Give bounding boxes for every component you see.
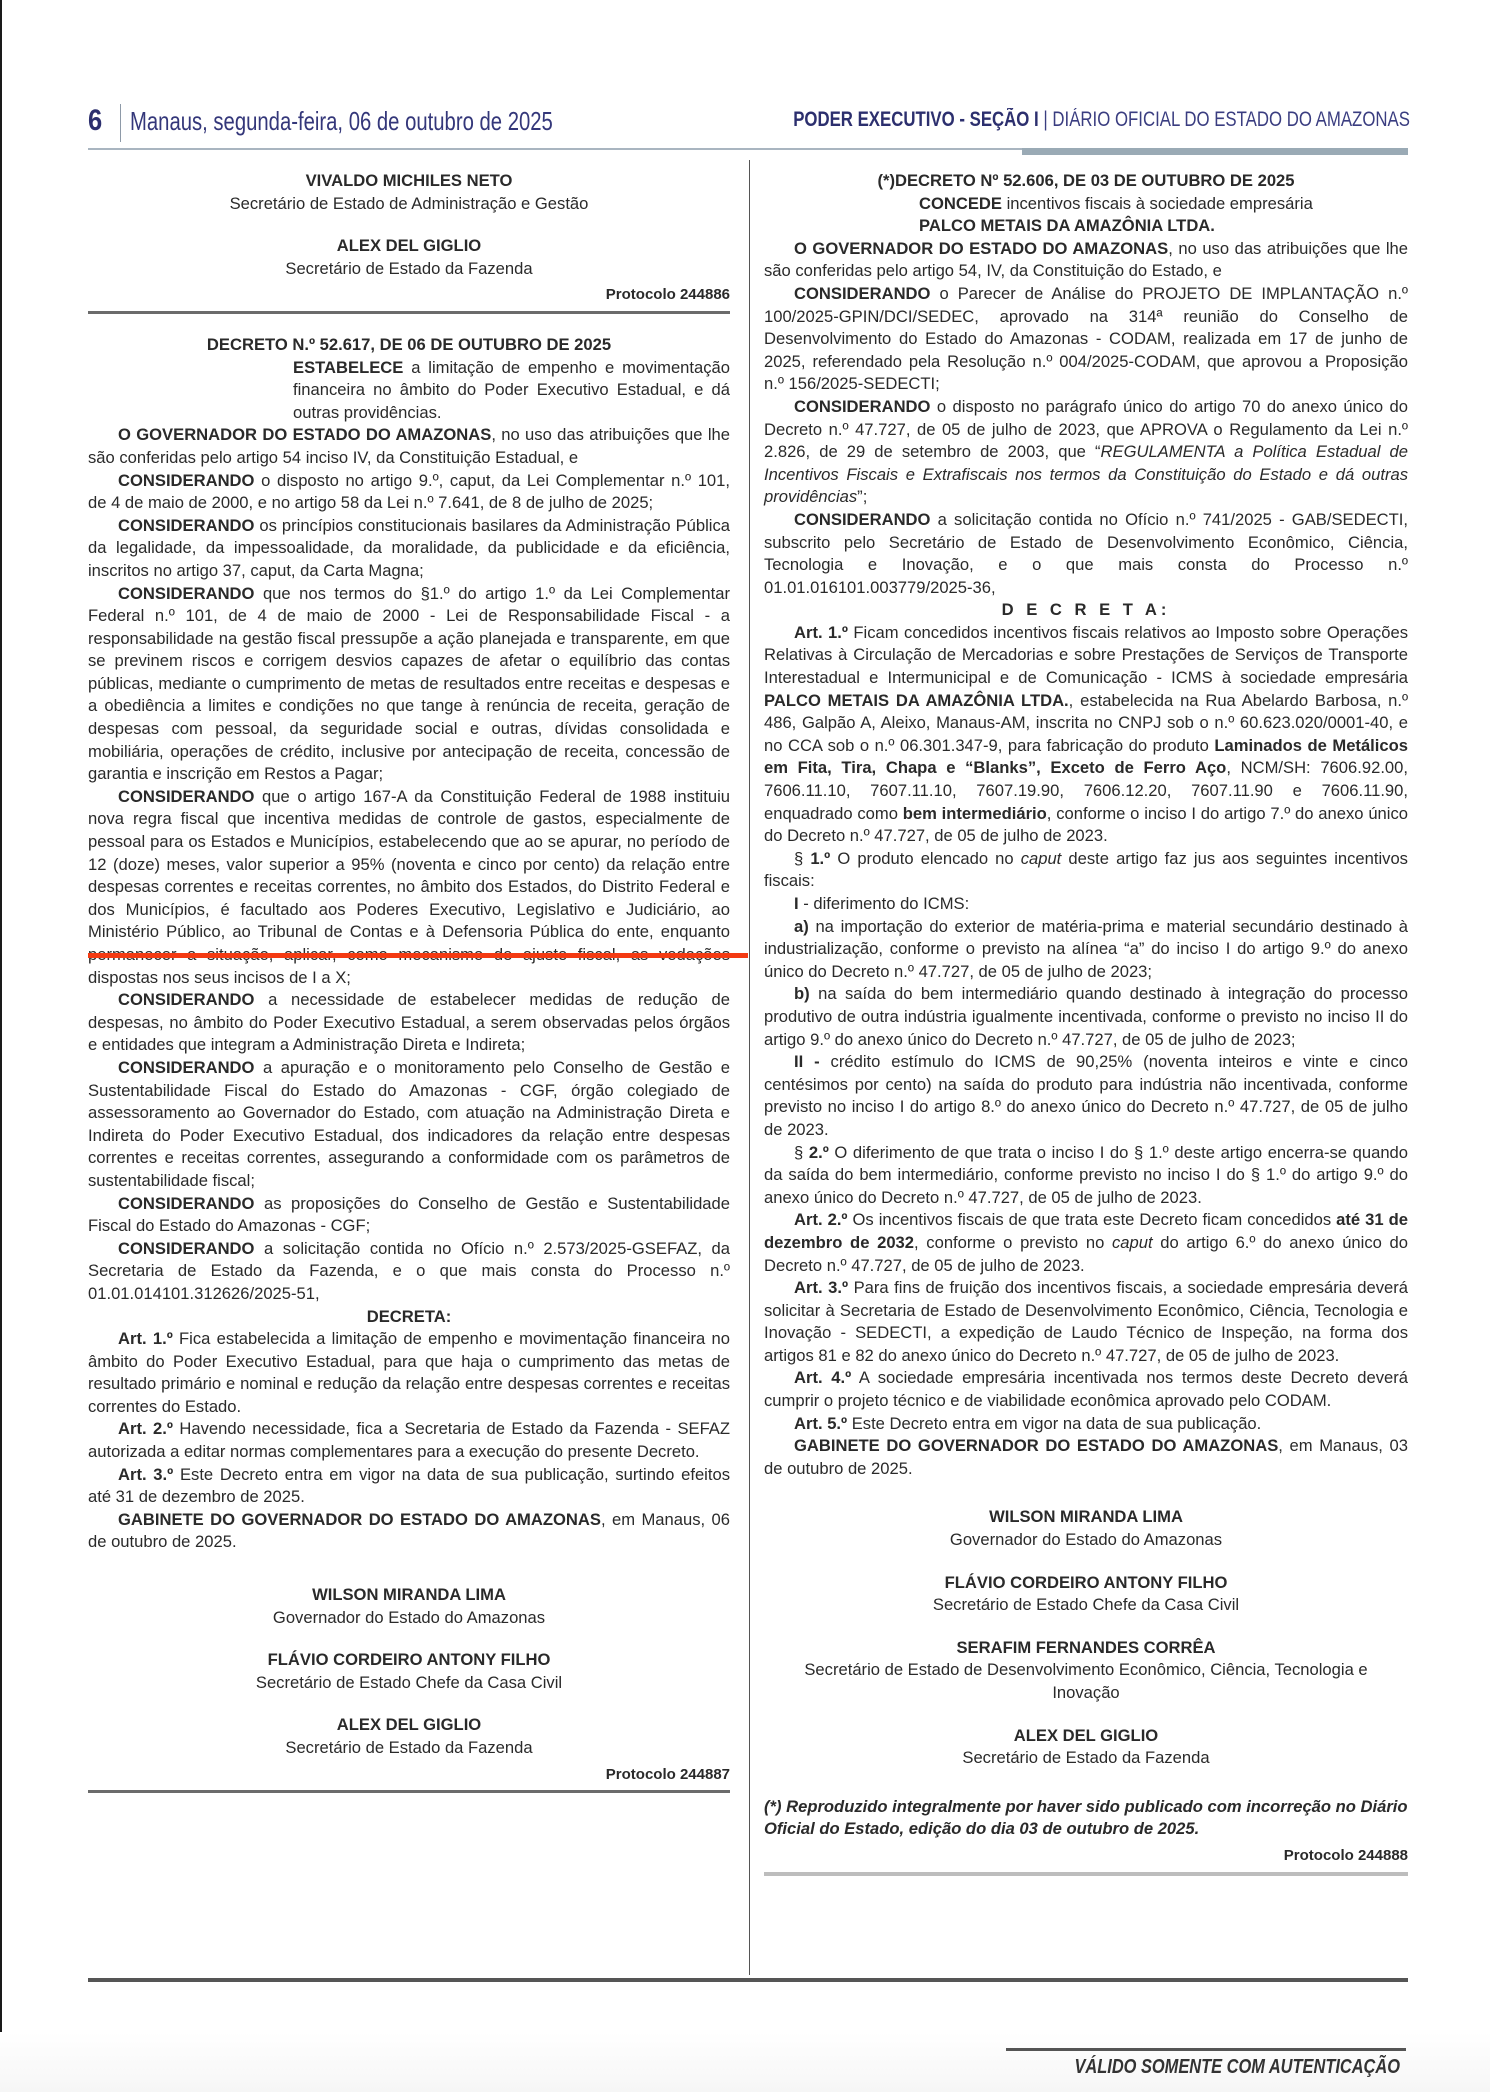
page-header: 6 Manaus, segunda-feira, 06 de outubro d… bbox=[88, 100, 1410, 148]
preamble: O GOVERNADOR DO ESTADO DO AMAZONAS, no u… bbox=[764, 238, 1408, 283]
considerando-label: CONSIDERANDO bbox=[118, 516, 254, 535]
considerando: CONSIDERANDO o disposto no artigo 9.º, c… bbox=[88, 470, 730, 515]
considerando: CONSIDERANDO a apuração e o monitorament… bbox=[88, 1057, 730, 1193]
considerando: CONSIDERANDO que nos termos do §1.º do a… bbox=[88, 583, 730, 786]
signature-block: ALEX DEL GIGLIO Secretário de Estado da … bbox=[764, 1725, 1408, 1770]
closing-bold: GABINETE DO GOVERNADOR DO ESTADO DO AMAZ… bbox=[794, 1436, 1278, 1455]
article-text: Ficam concedidos incentivos fiscais rela… bbox=[764, 623, 1408, 687]
considerando-label: CONSIDERANDO bbox=[118, 1239, 254, 1258]
considerando: CONSIDERANDO o disposto no parágrafo úni… bbox=[764, 396, 1408, 509]
article-label: Art. 3.º bbox=[118, 1465, 173, 1484]
article-text: Este Decreto entra em vigor na data de s… bbox=[847, 1414, 1261, 1433]
signatory-role: Governador do Estado do Amazonas bbox=[88, 1607, 730, 1630]
signature-block: ALEX DEL GIGLIO Secretário de Estado da … bbox=[88, 235, 730, 280]
inciso: I - diferimento do ICMS: bbox=[764, 893, 1408, 916]
header-section: PODER EXECUTIVO - SEÇÃO I bbox=[793, 108, 1039, 131]
considerando-tail: ”; bbox=[857, 487, 867, 506]
considerando: CONSIDERANDO a solicitação contida no Of… bbox=[88, 1238, 730, 1306]
considerando-text: que nos termos do §1.º do artigo 1.º da … bbox=[88, 584, 730, 784]
decreta-heading: DECRETA: bbox=[88, 1306, 730, 1329]
page-number: 6 bbox=[88, 104, 102, 138]
section-rule bbox=[764, 1872, 1408, 1876]
inciso-text: crédito estímulo do ICMS de 90,25% (nove… bbox=[764, 1052, 1408, 1139]
company-name: PALCO METAIS DA AMAZÔNIA LTDA. bbox=[764, 691, 1069, 710]
header-journal: DIÁRIO OFICIAL DO ESTADO DO AMAZONAS bbox=[1052, 108, 1410, 131]
inciso: II - crédito estímulo do ICMS de 90,25% … bbox=[764, 1051, 1408, 1141]
decree-title: (*)DECRETO Nº 52.606, DE 03 DE OUTUBRO D… bbox=[764, 170, 1408, 193]
paragraph-label: 1.º bbox=[810, 849, 830, 868]
closing-bold: GABINETE DO GOVERNADOR DO ESTADO DO AMAZ… bbox=[118, 1510, 601, 1529]
considerando-label: CONSIDERANDO bbox=[794, 397, 930, 416]
article-label: Art. 4.º bbox=[794, 1368, 851, 1387]
article-italic: caput bbox=[1112, 1233, 1153, 1252]
considerando-text: a apuração e o monitoramento pelo Consel… bbox=[88, 1058, 730, 1190]
header-separator bbox=[120, 104, 121, 142]
alinea: b) na saída do bem intermediário quando … bbox=[764, 983, 1408, 1051]
signature-block: WILSON MIRANDA LIMA Governador do Estado… bbox=[764, 1506, 1408, 1551]
considerando-label: CONSIDERANDO bbox=[118, 471, 254, 490]
decree-ementa: CONCEDE incentivos fiscais à sociedade e… bbox=[919, 193, 1408, 238]
considerando: CONSIDERANDO a necessidade de estabelece… bbox=[88, 989, 730, 1057]
signature-block: FLÁVIO CORDEIRO ANTONY FILHO Secretário … bbox=[764, 1572, 1408, 1617]
alinea: a) na importação do exterior de matéria-… bbox=[764, 916, 1408, 984]
section-sign: § bbox=[794, 849, 810, 868]
signatory-role: Secretário de Estado de Desenvolvimento … bbox=[764, 1659, 1408, 1704]
signatory-name: VIVALDO MICHILES NETO bbox=[88, 170, 730, 193]
article-label: Art. 5.º bbox=[794, 1414, 847, 1433]
considerando: CONSIDERANDO as proposições do Conselho … bbox=[88, 1193, 730, 1238]
article: Art. 1.º Ficam concedidos incentivos fis… bbox=[764, 622, 1408, 848]
closing: GABINETE DO GOVERNADOR DO ESTADO DO AMAZ… bbox=[88, 1509, 730, 1554]
signatory-name: FLÁVIO CORDEIRO ANTONY FILHO bbox=[88, 1649, 730, 1672]
signatory-name: SERAFIM FERNANDES CORRÊA bbox=[764, 1637, 1408, 1660]
signatory-name: ALEX DEL GIGLIO bbox=[764, 1725, 1408, 1748]
republication-note: (*) Reproduzido integralmente por haver … bbox=[764, 1796, 1408, 1841]
article: Art. 2.º Os incentivos fiscais de que tr… bbox=[764, 1209, 1408, 1277]
section-rule bbox=[88, 1790, 730, 1793]
decree-title: DECRETO N.º 52.617, DE 06 DE OUTUBRO DE … bbox=[88, 334, 730, 357]
protocol-number: Protocolo 244888 bbox=[764, 1845, 1408, 1868]
article: Art. 3.º Este Decreto entra em vigor na … bbox=[88, 1464, 730, 1509]
footer-rule bbox=[88, 1978, 1408, 1982]
considerando: CONSIDERANDO que o artigo 167-A da Const… bbox=[88, 786, 730, 989]
paragraph-label: 2.º bbox=[809, 1143, 829, 1162]
header-date: Manaus, segunda-feira, 06 de outubro de … bbox=[130, 106, 553, 137]
preamble-bold: O GOVERNADOR DO ESTADO DO AMAZONAS bbox=[794, 239, 1168, 258]
protocol-number: Protocolo 244887 bbox=[88, 1764, 730, 1787]
alinea-label: b) bbox=[794, 984, 810, 1003]
considerando-label: CONSIDERANDO bbox=[118, 990, 254, 1009]
preamble: O GOVERNADOR DO ESTADO DO AMAZONAS, no u… bbox=[88, 424, 730, 469]
paragraph-text: O diferimento de que trata o inciso I do… bbox=[764, 1143, 1408, 1207]
decree-ementa: ESTABELECE a limitação de empenho e movi… bbox=[293, 357, 730, 425]
article-text: , conforme o previsto no bbox=[914, 1233, 1112, 1252]
considerando-label: CONSIDERANDO bbox=[118, 787, 254, 806]
considerando: CONSIDERANDO o Parecer de Análise do PRO… bbox=[764, 283, 1408, 396]
article: Art. 5.º Este Decreto entra em vigor na … bbox=[764, 1413, 1408, 1436]
validity-notice: VÁLIDO SOMENTE COM AUTENTICAÇÃO bbox=[1074, 2056, 1400, 2079]
header-pipe: | bbox=[1043, 108, 1052, 131]
paragraph-text: O produto elencado no bbox=[830, 849, 1020, 868]
inciso-text: - diferimento do ICMS: bbox=[799, 894, 970, 913]
signatory-name: FLÁVIO CORDEIRO ANTONY FILHO bbox=[764, 1572, 1408, 1595]
signature-block: ALEX DEL GIGLIO Secretário de Estado da … bbox=[88, 1714, 730, 1759]
signatory-role: Secretário de Estado de Administração e … bbox=[88, 193, 730, 216]
alinea-text: na saída do bem intermediário quando des… bbox=[764, 984, 1408, 1048]
alinea-label: a) bbox=[794, 917, 809, 936]
article-text: Para fins de fruição dos incentivos fisc… bbox=[764, 1278, 1408, 1365]
left-column: VIVALDO MICHILES NETO Secretário de Esta… bbox=[88, 170, 730, 1793]
article-text: Fica estabelecida a limitação de empenho… bbox=[88, 1329, 730, 1416]
signatory-role: Secretário de Estado da Fazenda bbox=[764, 1747, 1408, 1770]
article-text: A sociedade empresária incentivada nos t… bbox=[764, 1368, 1408, 1410]
article: Art. 1.º Fica estabelecida a limitação d… bbox=[88, 1328, 730, 1418]
ementa-company: PALCO METAIS DA AMAZÔNIA LTDA. bbox=[919, 216, 1215, 235]
signatory-role: Secretário de Estado da Fazenda bbox=[88, 1737, 730, 1760]
signatory-name: ALEX DEL GIGLIO bbox=[88, 235, 730, 258]
ementa-text: incentivos fiscais à sociedade empresári… bbox=[1002, 194, 1313, 213]
signatory-name: ALEX DEL GIGLIO bbox=[88, 1714, 730, 1737]
alinea-text: na importação do exterior de matéria-pri… bbox=[764, 917, 1408, 981]
signature-block: SERAFIM FERNANDES CORRÊA Secretário de E… bbox=[764, 1637, 1408, 1705]
considerando: CONSIDERANDO a solicitação contida no Of… bbox=[764, 509, 1408, 599]
article-label: Art. 1.º bbox=[794, 623, 848, 642]
ementa-verb: CONCEDE bbox=[919, 194, 1002, 213]
considerando-label: CONSIDERANDO bbox=[118, 1058, 254, 1077]
validity-rule bbox=[1006, 2048, 1406, 2051]
paragraph: § 1.º O produto elencado no caput deste … bbox=[764, 848, 1408, 893]
article-text: Havendo necessidade, fica a Secretaria d… bbox=[88, 1419, 730, 1461]
signature-block: WILSON MIRANDA LIMA Governador do Estado… bbox=[88, 1584, 730, 1629]
considerando-label: CONSIDERANDO bbox=[118, 584, 254, 603]
considerando-label: CONSIDERANDO bbox=[794, 284, 930, 303]
article-label: Art. 1.º bbox=[118, 1329, 173, 1348]
signatory-name: WILSON MIRANDA LIMA bbox=[88, 1584, 730, 1607]
article: Art. 2.º Havendo necessidade, fica a Sec… bbox=[88, 1418, 730, 1463]
protocol-number: Protocolo 244886 bbox=[88, 284, 730, 307]
signature-block: FLÁVIO CORDEIRO ANTONY FILHO Secretário … bbox=[88, 1649, 730, 1694]
signatory-name: WILSON MIRANDA LIMA bbox=[764, 1506, 1408, 1529]
product-class: bem intermediário bbox=[903, 804, 1047, 823]
paragraph: § 2.º O diferimento de que trata o incis… bbox=[764, 1142, 1408, 1210]
signatory-role: Secretário de Estado da Fazenda bbox=[88, 258, 730, 281]
considerando: CONSIDERANDO os princípios constituciona… bbox=[88, 515, 730, 583]
considerando-label: CONSIDERANDO bbox=[794, 510, 930, 529]
signatory-role: Secretário de Estado Chefe da Casa Civil bbox=[764, 1594, 1408, 1617]
header-rule-accent bbox=[1022, 148, 1408, 155]
section-rule bbox=[88, 311, 730, 314]
article-label: Art. 2.º bbox=[794, 1210, 848, 1229]
section-sign: § bbox=[794, 1143, 809, 1162]
article-label: Art. 3.º bbox=[794, 1278, 848, 1297]
decreta-heading: D E C R E T A: bbox=[764, 599, 1408, 622]
inciso-label: II - bbox=[794, 1052, 820, 1071]
article-label: Art. 2.º bbox=[118, 1419, 173, 1438]
signatory-role: Governador do Estado do Amazonas bbox=[764, 1529, 1408, 1552]
signatory-role: Secretário de Estado Chefe da Casa Civil bbox=[88, 1672, 730, 1695]
right-column: (*)DECRETO Nº 52.606, DE 03 DE OUTUBRO D… bbox=[764, 170, 1408, 1876]
paragraph-italic: caput bbox=[1021, 849, 1062, 868]
ementa-verb: ESTABELECE bbox=[293, 358, 403, 377]
viewer-left-edge bbox=[0, 0, 2, 2092]
column-divider bbox=[749, 160, 750, 1975]
header-publication: PODER EXECUTIVO - SEÇÃO I | DIÁRIO OFICI… bbox=[793, 108, 1410, 132]
article-text: Este Decreto entra em vigor na data de s… bbox=[88, 1465, 730, 1507]
signature-block: VIVALDO MICHILES NETO Secretário de Esta… bbox=[88, 170, 730, 215]
article: Art. 3.º Para fins de fruição dos incent… bbox=[764, 1277, 1408, 1367]
considerando-label: CONSIDERANDO bbox=[118, 1194, 254, 1213]
closing: GABINETE DO GOVERNADOR DO ESTADO DO AMAZ… bbox=[764, 1435, 1408, 1480]
article-text: Os incentivos fiscais de que trata este … bbox=[848, 1210, 1337, 1229]
preamble-bold: O GOVERNADOR DO ESTADO DO AMAZONAS bbox=[118, 425, 491, 444]
article: Art. 4.º A sociedade empresária incentiv… bbox=[764, 1367, 1408, 1412]
highlight-underline bbox=[88, 953, 748, 958]
